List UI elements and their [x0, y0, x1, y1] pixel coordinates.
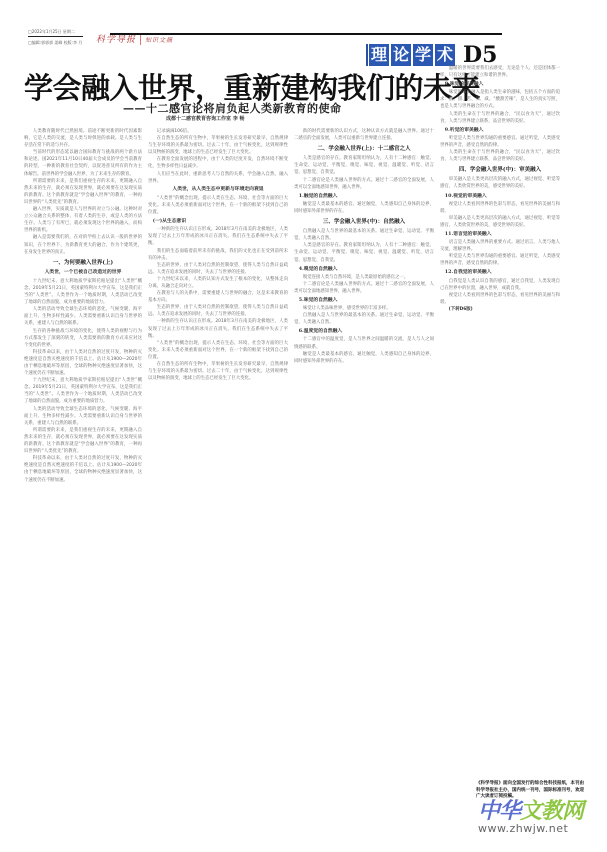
- paragraph: 味觉的审美融入是指人类生命的滋味，包括五个方面的追求：酸、甜、苦、辣、咸。“酸甜…: [440, 89, 560, 110]
- paragraph: 一种新的生存认识正在形成。2018年3月在南美的北极地区，人类发现了过去上万年形…: [148, 318, 288, 339]
- paragraph: 听觉是人类与世界沟通的重要感官。通过听觉，人类感受世界的声音，感受自然的韵律。: [440, 135, 560, 149]
- paragraph: 审美融入是人类更高层次的融入方式，通过视觉、听觉等感官，人类欣赏世界的美，感受世…: [440, 215, 560, 229]
- subsection-heading: 10.视觉的审美融入: [440, 193, 560, 200]
- paragraph: 味觉让人类品味世界，感受世界的丰富多样。: [294, 305, 434, 312]
- paragraph: 当前时代的形态延以融合国际教育与挑战的两个新方法和论述。国2021年11月10日…: [24, 149, 142, 177]
- paragraph: 一种新的生存认识正在形成。2018年3月在南美的北极地区，人类发现了过去上万年形…: [148, 226, 288, 247]
- editor-credits: □编辑:郭郭郭 姜峰 校版:李 月: [28, 39, 83, 46]
- subsection-heading: (一)从生态意识: [148, 218, 288, 225]
- paragraph: 我们的生态面临着前所未有的挑战，我们的文化也正在受到前所未有的冲击。: [148, 248, 288, 262]
- paragraph: “人类世”的概念出现，提示人类在生态、环境、社会等方面的巨大变化。未来人类必须重…: [148, 195, 288, 216]
- logo-sub: 知识文摘: [145, 37, 173, 44]
- paragraph: 嗅觉连接人类与自然环境，是人类最原始的感官之一。: [294, 274, 434, 281]
- paragraph: 十二感官中的温度觉，是人与世界之间温暖的交流，是人与人之间情感的联系。: [294, 336, 434, 350]
- paragraph: 融入世界，实质就是人与世界的对立与公融。这种时对立公众融合关系的整体，有着人类的…: [24, 206, 142, 234]
- section-heading: 三、学会融入世界(中)：自然融入: [294, 219, 434, 226]
- watermark: 中华文教网 www.zhwjw.net: [478, 800, 606, 848]
- paragraph: 所谓需要的未来，是我们重视生存的未来，更期融入自然未来的生存，就必须在发现世界，…: [24, 427, 142, 455]
- paragraph: 生存的各种挑战与环境的变化，使得人类的视野与行为方式都发生了深刻的转变，人类需要…: [24, 328, 142, 349]
- paragraph: 在教育全面发展的进程中，由于人类的过度开发，自然环境不断变化，生物多样性日益减少…: [148, 156, 288, 170]
- paragraph: 人类是感官的存在。教育家斯坦纳认为，人有十二种感官：触觉、生命觉、运动觉、平衡觉…: [294, 242, 434, 263]
- paragraph: 人类的生命在于与世界的融合，“民以食为天”，通过饮食，人类与世界建立联系，品尝世…: [440, 149, 560, 163]
- paragraph: 生态的世界，由于人类对自然的控制欲望，使得人类与自然日益疏远。人类在追求发展的同…: [148, 304, 288, 318]
- paragraph: 人类的活动导致全球生态环境的恶化，气候变暖、海平面上升、生物多样性减少。人类需要…: [24, 406, 142, 427]
- logo-divider: [140, 35, 141, 45]
- paragraph: 视觉让人类看到世界的色彩与形态，看见世界的美丽与和谐。: [440, 201, 560, 215]
- section-subheading: 人类世，从人类生态中更新与环境走向衰退: [148, 186, 288, 193]
- watermark-part-a: 中华: [478, 799, 520, 824]
- paragraph: 自然融入是人与世界的最基本的关系。通过生命觉、运动觉、平衡觉，人类融入自然。: [294, 312, 434, 326]
- paragraph: 十九世纪末，意大利地质学家斯托帕尼提出“人类世”概念。2019年5月21日，英国…: [24, 377, 142, 405]
- subsection-heading: 9.听觉的审美融入: [440, 127, 560, 134]
- section-heading: 四、学会融入世界(中)：审美融入: [440, 167, 560, 174]
- paragraph: 融入是需要我们的，在对的学校上去认识一般的世界的知识，在个世界下，为新教育更大的…: [24, 234, 142, 255]
- paragraph: 新的时代需要新的认识方式，这种认识方式就是融入世界。通过十二感官的全面发展，人类…: [294, 128, 434, 142]
- masthead: □2022年1月25日 星期二 □编辑:郭郭郭 姜峰 校版:李 月 科学导报知识…: [0, 28, 607, 58]
- paragraph: 记录滴滴106倍。: [148, 128, 288, 135]
- watermark-url: www.zhwjw.net: [478, 822, 606, 835]
- issue-meta: □2022年1月25日 星期二 □编辑:郭郭郭 姜峰 校版:李 月: [28, 28, 83, 46]
- paragraph: 科技革命以来，由于人类对自然的过度开发，物种的灭绝速度是自然灭绝速度的千倍以上。…: [24, 349, 142, 377]
- paragraph: 生态的世界，由于人类对自然的控制欲望，使得人类与自然日益疏远。人类在追求发展的同…: [148, 262, 288, 276]
- subsection-heading: 8.味觉的审美融入: [440, 81, 560, 88]
- paragraph: 在自然生态的所有生物中，苹果树的生长发育研究最早，自然规律与生存环境的关系最为密…: [148, 135, 288, 156]
- paragraph: 触觉是人类最基本的感官。通过触觉，人类感知自己身体的边界，同时感知外部世界的存在…: [294, 201, 434, 215]
- section-char: 论: [391, 44, 411, 66]
- subsection-heading: 6.温度觉的自然融入: [294, 328, 434, 335]
- continued-note: (下转D6版): [440, 306, 560, 313]
- article-byline: 成都十二感官教育咨询工作室 李 畅: [166, 115, 244, 122]
- paragraph: “人类世”的概念出现，提示人类在生态、环境、社会等方面的巨大变化。未来人类必须重…: [148, 340, 288, 361]
- paragraph: 语言是人类融入世界的重要方式。通过语言，人类与他人交流，理解世界。: [440, 239, 560, 253]
- paragraph: 自然融入是人与世界的最基本的关系。通过生命觉、运动觉、平衡觉，人类融入自然。: [294, 228, 434, 242]
- article-column-3: 新的时代需要新的认识方式，这种认识方式就是融入世界。通过十二感官的全面发展，人类…: [294, 128, 434, 768]
- section-heading: 一、为何要融入世界(上): [24, 260, 142, 267]
- paragraph: 所谓需要的未来，是我们重视生存的未来，更期融入自然未来的生存，就必须在发现世界，…: [24, 178, 142, 206]
- paragraph: 十二感官论是人类融入世界的方式。通过十二感官的全面发展，人类可以全面地感知世界，…: [294, 281, 434, 295]
- section-char: 学: [413, 44, 433, 66]
- meta-divider: [28, 36, 83, 37]
- paragraph: 十九世纪末以来，人类的认知方式发生了根本的变化，从整体走向分离，从融合走向对立。: [148, 276, 288, 290]
- subsection-heading: 1.触觉的自然融入: [294, 193, 434, 200]
- paragraph: 人类的生命在于与世界的融合，“民以食为天”，通过饮食，人类与世界建立联系，品尝世…: [440, 111, 560, 125]
- subsection-heading: 12.自我觉的审美融入: [440, 269, 560, 276]
- watermark-part-b: 文教网: [520, 799, 583, 824]
- top-rule: [110, 33, 502, 35]
- article-column-4: 温暖的世界需要我们去感受，无论是个人、还是团体都一样，只有这样才能建立和谐的世界…: [440, 65, 560, 765]
- paragraph: 人类教育随时代已然困境。前途不断更新的时代因素影响，它是人类的交流，是人类与时俱…: [24, 128, 142, 149]
- paragraph: 人们应当在此时，重新思考人与自然的关系，学会融入自然，融入世界。: [148, 171, 288, 185]
- section-char: 术: [435, 44, 455, 66]
- section-subheading: 人类世，一个已被自己改造过的世界: [24, 269, 142, 276]
- article-subtitle: ——十二感官论将肩负起人类新教育的使命: [123, 100, 342, 116]
- article-column-2: 记录滴滴106倍。 在自然生态的所有生物中，苹果树的生长发育研究最早，自然规律与…: [148, 128, 288, 768]
- paragraph: 听觉是人类与世界沟通的重要感官。通过听觉，人类感受世界的声音，感受自然的韵律。: [440, 253, 560, 267]
- subsection-heading: 11.语言觉的审美融入: [440, 231, 560, 238]
- paragraph: 触觉是人类最基本的感官。通过触觉，人类感知自己身体的边界，同时感知外部世界的存在…: [294, 351, 434, 365]
- subsection-heading: 5.味觉的自然融入: [294, 297, 434, 304]
- logo-main: 科学导报: [96, 35, 136, 45]
- paragraph: 在教育与人的关系中，需要重建人与世界的融合，这是未来教育的基本方向。: [148, 290, 288, 304]
- ad-text: 《科学导报》面向全国发行的综合性科技报纸，本刊由科学导报社主办，国内统一刊号，国…: [476, 781, 584, 799]
- issue-date: □2022年1月25日 星期二: [28, 28, 83, 35]
- paragraph: 自我觉是人类认识自我的感官，通过自我觉，人类发现自己在世界中的位置，融入世界，成…: [440, 278, 560, 292]
- paragraph: 人类的活动导致全球生态环境的恶化，气候变暖、海平面上升、生物多样性减少。人类需要…: [24, 306, 142, 327]
- paragraph: 视觉让人类看到世界的色彩与形态，看见世界的美丽与和谐。: [440, 292, 560, 306]
- section-heading: 二、学会融入世界(上)：十二感官之人: [294, 146, 434, 153]
- paragraph: 科技革命以来，由于人类对自然的过度开发，物种的灭绝速度是自然灭绝速度的千倍以上。…: [24, 455, 142, 483]
- paragraph: 十九世纪末，意大利地质学家斯托帕尼提出“人类世”概念。2019年5月21日，英国…: [24, 278, 142, 306]
- article-column-1: 人类教育随时代已然困境。前途不断更新的时代因素影响，它是人类的交流，是人类与时俱…: [24, 128, 142, 768]
- paragraph: 温暖的世界需要我们去感受，无论是个人、还是团体都一样，只有这样才能建立和谐的世界…: [440, 65, 560, 79]
- paragraph: 审美融入是人类更高层次的融入方式，通过视觉、听觉等感官，人类欣赏世界的美，感受世…: [440, 176, 560, 190]
- badge-bar: [366, 44, 368, 66]
- paragraph: 在自然生态的所有生物中，苹果树的生长发育研究最早，自然规律与生存环境的关系最为密…: [148, 361, 288, 382]
- paragraph: 人类是感官的存在。教育家斯坦纳认为，人有十二种感官：触觉、生命觉、运动觉、平衡觉…: [294, 155, 434, 176]
- subsection-heading: 4.嗅觉的自然融入: [294, 266, 434, 273]
- paragraph: 十二感官论是人类融入世界的方式。通过十二感官的全面发展，人类可以全面地感知世界，…: [294, 177, 434, 191]
- section-char: 理: [369, 44, 389, 66]
- watermark-logo: 中华文教网: [478, 800, 606, 824]
